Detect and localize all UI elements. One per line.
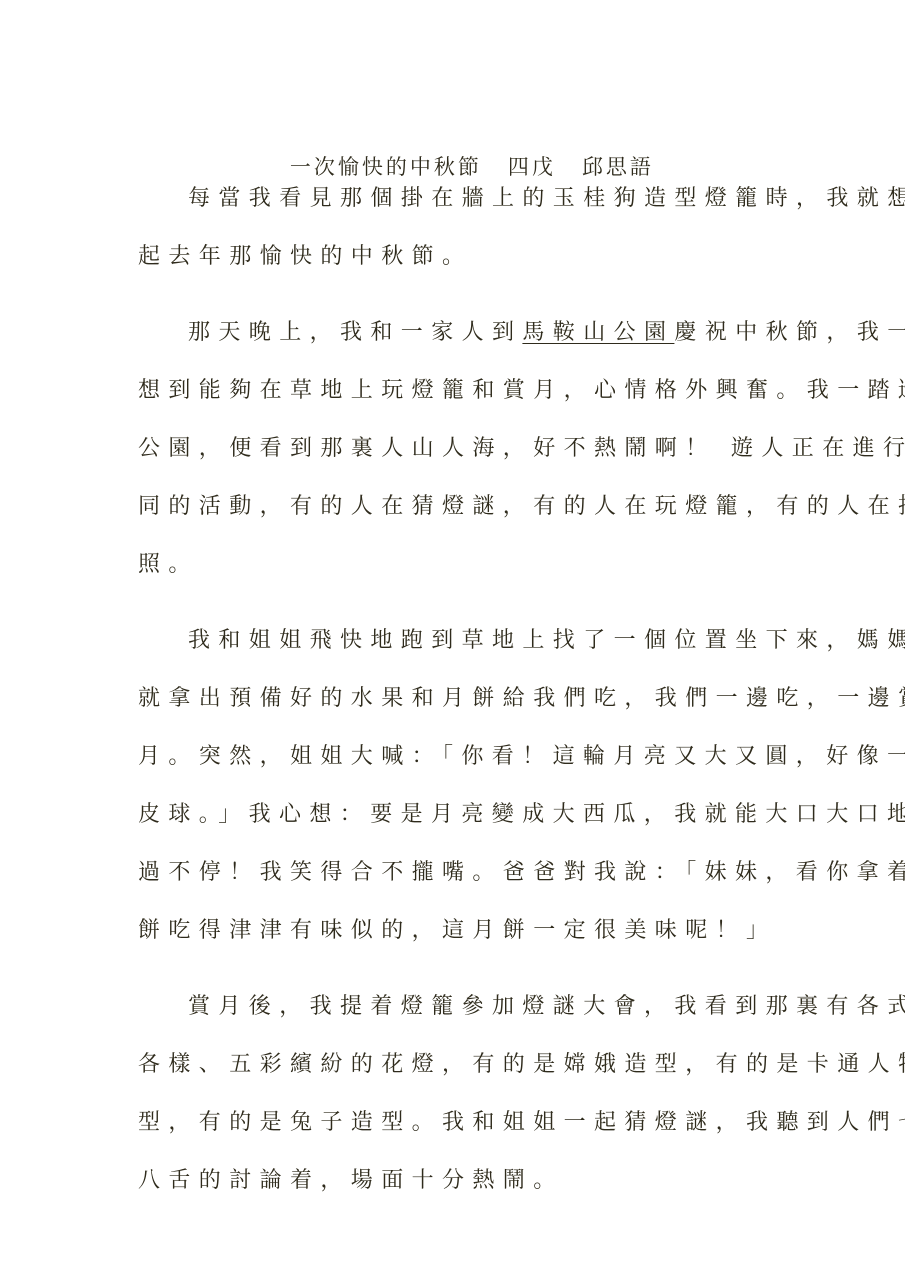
paragraph-4: 賞月後，我提着燈籠參加燈謎大會，我看到那裏有各式 各樣、五彩繽紛的花燈，有的是嫦… bbox=[138, 989, 778, 1221]
paragraph-3: 我和姐姐飛快地跑到草地上找了一個位置坐下來，媽媽 就拿出預備好的水果和月餅給我們… bbox=[138, 623, 778, 971]
essay-body: 每當我看見那個掛在牆上的玉桂狗造型燈籠時，我就想 起去年那愉快的中秋節。 那天晚… bbox=[138, 181, 778, 1239]
text-line: 起去年那愉快的中秋節。 bbox=[138, 239, 778, 297]
document-page: 一次愉快的中秋節四戊邱思語 每當我看見那個掛在牆上的玉桂狗造型燈籠時，我就想 起… bbox=[0, 0, 905, 1280]
paragraph-1: 每當我看見那個掛在牆上的玉桂狗造型燈籠時，我就想 起去年那愉快的中秋節。 bbox=[138, 181, 778, 297]
class-label: 四戊 bbox=[508, 152, 556, 182]
text-line: 照。 bbox=[138, 547, 778, 605]
text-line: 賞月後，我提着燈籠參加燈謎大會，我看到那裏有各式 bbox=[138, 989, 778, 1047]
author-name: 邱思語 bbox=[582, 152, 654, 182]
text-line: 餅吃得津津有味似的，這月餅一定很美味呢！」 bbox=[138, 913, 778, 971]
text-line: 想到能夠在草地上玩燈籠和賞月，心情格外興奮。我一踏進 bbox=[138, 373, 778, 431]
place-name-underlined: 馬鞍山公園 bbox=[522, 320, 674, 345]
text-line: 過不停！我笑得合不攏嘴。爸爸對我說：「妹妹，看你拿着月 bbox=[138, 855, 778, 913]
paragraph-2: 那天晚上，我和一家人到馬鞍山公園慶祝中秋節，我一 想到能夠在草地上玩燈籠和賞月，… bbox=[138, 315, 778, 605]
text-line: 就拿出預備好的水果和月餅給我們吃，我們一邊吃，一邊賞 bbox=[138, 681, 778, 739]
text-segment: 慶祝中秋節，我一 bbox=[674, 320, 905, 345]
text-line: 那天晚上，我和一家人到馬鞍山公園慶祝中秋節，我一 bbox=[138, 315, 778, 373]
text-line: 公園，便看到那裏人山人海，好不熱鬧啊！ 遊人正在進行不 bbox=[138, 431, 778, 489]
text-line: 我和姐姐飛快地跑到草地上找了一個位置坐下來，媽媽 bbox=[138, 623, 778, 681]
essay-title: 一次愉快的中秋節 bbox=[290, 152, 482, 182]
text-line: 每當我看見那個掛在牆上的玉桂狗造型燈籠時，我就想 bbox=[138, 181, 778, 239]
text-line: 型，有的是兔子造型。我和姐姐一起猜燈謎，我聽到人們七嘴 bbox=[138, 1105, 778, 1163]
text-line: 各樣、五彩繽紛的花燈，有的是嫦娥造型，有的是卡通人物造 bbox=[138, 1047, 778, 1105]
text-segment: 那天晚上，我和一家人到 bbox=[188, 320, 522, 345]
text-line: 同的活動，有的人在猜燈謎，有的人在玩燈籠，有的人在拍 bbox=[138, 489, 778, 547]
text-line: 八舌的討論着，場面十分熱鬧。 bbox=[138, 1163, 778, 1221]
text-line: 月。突然，姐姐大喊：「你看！這輪月亮又大又圓，好像一個大 bbox=[138, 739, 778, 797]
text-line: 皮球。」我心想：要是月亮變成大西瓜，我就能大口大口地吃 bbox=[138, 797, 778, 855]
